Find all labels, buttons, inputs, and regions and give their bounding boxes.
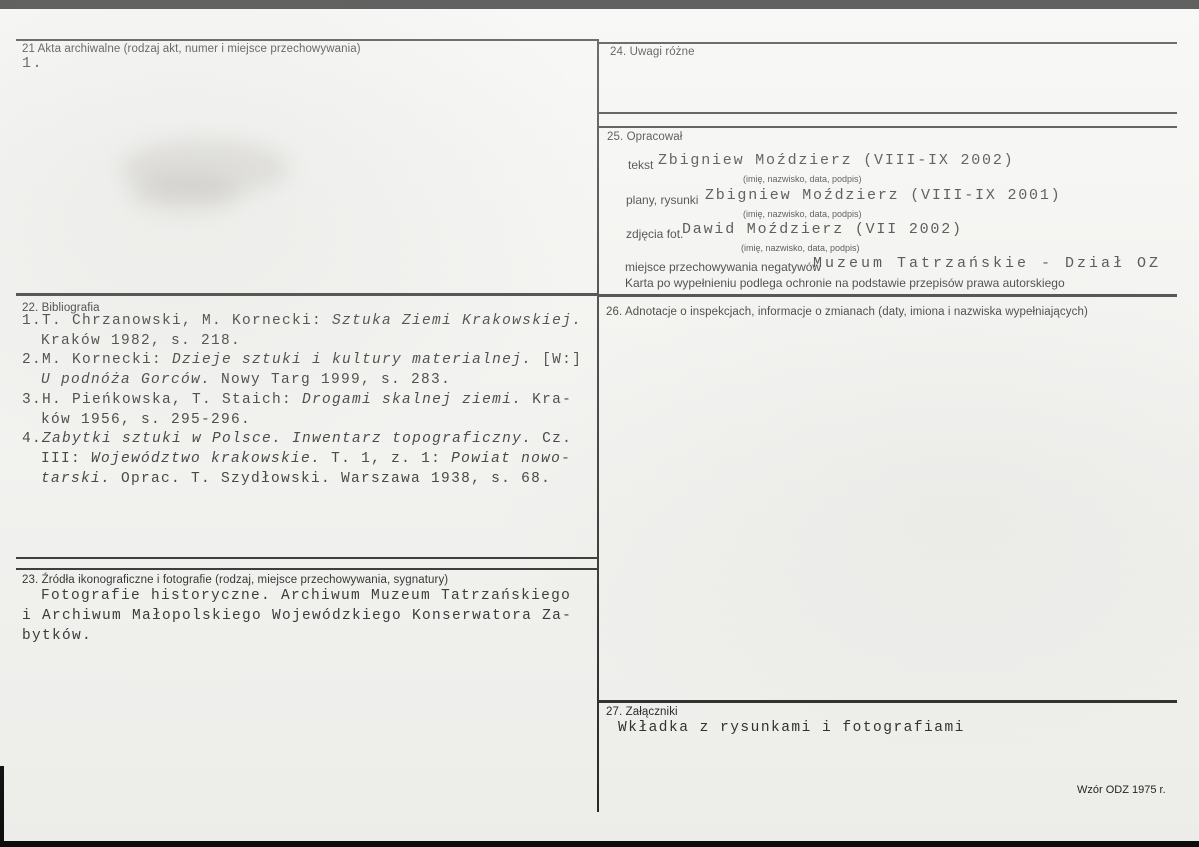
divider [599,700,1177,703]
signature-hint: (imię, nazwisko, data, podpis) [743,174,862,184]
form-model-note: Wzór ODZ 1975 r. [1077,784,1166,796]
section-26-label: 26. Adnotacje o inspekcjach, informacje … [606,306,1088,318]
italic-segment: Dzieje sztuki i kultury materialnej. [172,352,532,368]
section-27-label: 27. Załączniki [606,706,678,718]
text-segment: 2.M. Kornecki: [22,352,172,368]
author-photos-label: zdjęcia fot. [626,227,683,241]
scan-left-edge [0,766,4,847]
bibliography-line: Kraków 1982, s. 218. [22,332,582,352]
author-photos-value: Dawid Moździerz (VII 2002) [682,221,963,238]
scan-smudge [130,175,240,210]
scan-top-bar [0,0,1199,9]
divider [599,42,1177,44]
divider [599,126,1177,128]
section-24-label: 24. Uwagi różne [610,46,695,58]
bibliography-line: 2.M. Kornecki: Dzieje sztuki i kultury m… [22,351,582,371]
text-segment: Cz. [532,431,572,447]
divider [599,112,1177,114]
bibliography-line: tarski. Oprac. T. Szydłowski. Warszawa 1… [22,470,582,490]
section-21-label: 21 Akta archiwalne (rodzaj akt, numer i … [22,43,361,55]
iconographic-sources: Fotografie historyczne. Archiwum Muzeum … [22,586,572,646]
bibliography-line: III: Województwo krakowskie. T. 1, z. 1:… [22,450,582,470]
negatives-label: miejsce przechowywania negatywów [625,260,821,274]
section-25-label: 25. Opracował [607,131,682,143]
text-segment: T. 1, z. 1: [321,451,451,467]
bibliography-line: 3.H. Pieńkowska, T. Staich: Drogami skal… [22,391,582,411]
bibliography: 1.T. Chrzanowski, M. Kornecki: Sztuka Zi… [22,312,582,489]
negatives-value: Muzeum Tatrzańskie - Dział OZ [813,255,1161,272]
bibliography-line: U podnóża Gorców. Nowy Targ 1999, s. 283… [22,371,582,391]
divider [16,293,598,296]
text-segment: Kra- [522,392,572,408]
text-segment: [W:] [532,352,582,368]
italic-segment: Drogami skalnej ziemi. [302,392,522,408]
italic-segment: Powiat nowo- [451,451,571,467]
bibliography-line: ków 1956, s. 295-296. [22,411,582,431]
source-line: i Archiwum Małopolskiego Wojewódzkiego K… [22,606,572,626]
text-segment: Oprac. T. Szydłowski. Warszawa 1938, s. … [111,471,551,487]
text-segment: Kraków 1982, s. 218. [41,333,241,349]
text-segment: Nowy Targ 1999, s. 283. [211,372,451,388]
text-segment: ków 1956, s. 295-296. [41,412,251,428]
text-segment: 1.T. Chrzanowski, M. Kornecki: [22,313,332,329]
copyright-note: Karta po wypełnieniu podlega ochronie na… [625,276,1065,290]
record-card-page: 21 Akta archiwalne (rodzaj akt, numer i … [0,0,1199,847]
bibliography-line: 1.T. Chrzanowski, M. Kornecki: Sztuka Zi… [22,312,582,332]
divider [16,568,598,570]
section-27-content: Wkładka z rysunkami i fotografiami [618,720,965,736]
divider [16,39,598,41]
column-divider [597,39,599,812]
text-segment: III: [41,451,91,467]
italic-segment: Sztuka Ziemi Krakowskiej. [332,313,582,329]
text-segment: 3.H. Pieńkowska, T. Staich: [22,392,302,408]
section-23-label: 23. Źródła ikonograficzne i fotografie (… [22,574,448,586]
italic-segment: Zabytki sztuki w Polsce. Inwentarz topog… [42,431,532,447]
divider [599,294,1177,297]
source-line: Fotografie historyczne. Archiwum Muzeum … [22,586,572,606]
italic-segment: tarski. [41,471,111,487]
bibliography-line: 4.Zabytki sztuki w Polsce. Inwentarz top… [22,430,582,450]
author-text-label: tekst [628,158,653,172]
author-plans-value: Zbigniew Moździerz (VIII-IX 2001) [705,187,1061,204]
text-segment: 4. [22,431,42,447]
scan-bottom-bar [0,841,1199,847]
author-text-value: Zbigniew Moździerz (VIII-IX 2002) [658,152,1014,169]
signature-hint: (imię, nazwisko, data, podpis) [741,243,860,253]
italic-segment: U podnóża Gorców. [41,372,211,388]
signature-hint: (imię, nazwisko, data, podpis) [743,209,862,219]
source-line: bytków. [22,626,572,646]
author-plans-label: plany, rysunki [626,193,698,207]
divider [16,557,598,559]
section-21-content: 1. [22,55,43,72]
italic-segment: Województwo krakowskie. [91,451,321,467]
